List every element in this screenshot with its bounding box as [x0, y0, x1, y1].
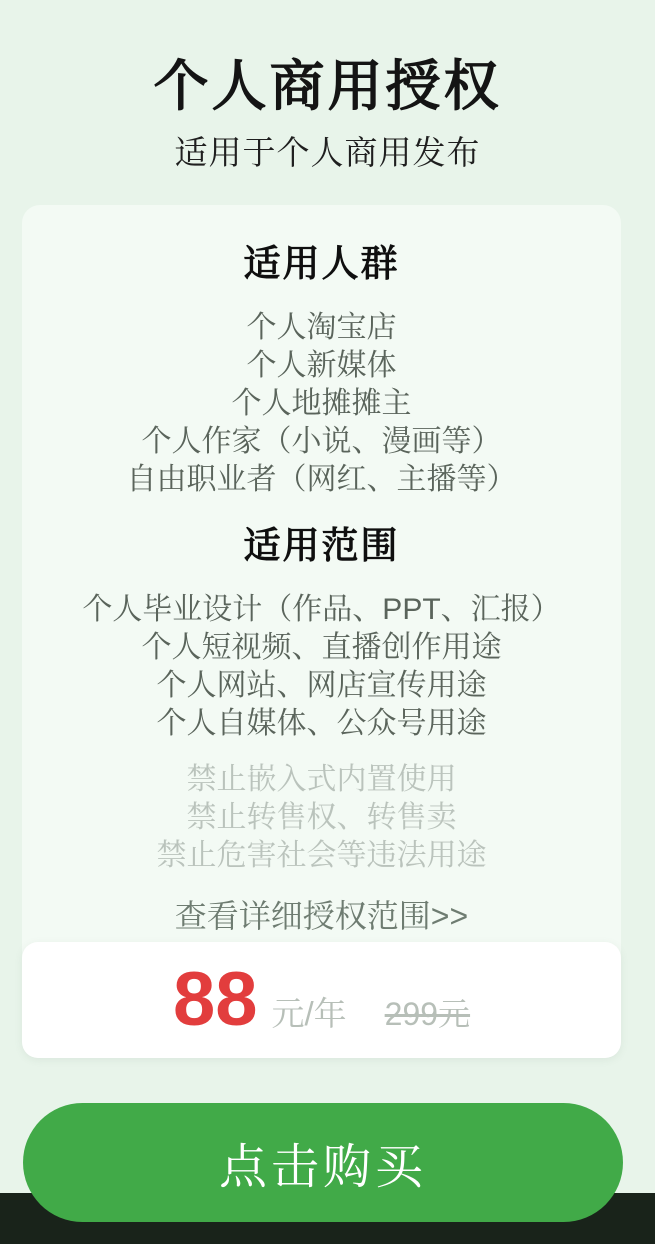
- section-heading-scope: 适用范围: [22, 515, 621, 569]
- list-item: 个人作家（小说、漫画等）: [22, 423, 621, 461]
- price-bar: 88 元/年 299元: [22, 942, 621, 1058]
- license-page: 个人商用授权 适用于个人商用发布 适用人群 个人淘宝店 个人新媒体 个人地摊摊主…: [0, 0, 655, 1244]
- list-item: 个人毕业设计（作品、PPT、汇报）: [22, 591, 621, 629]
- page-subtitle: 适用于个人商用发布: [0, 127, 655, 174]
- list-item: 个人新媒体: [22, 347, 621, 385]
- restriction-item: 禁止嵌入式内置使用: [22, 761, 621, 799]
- price-unit: 元/年: [271, 988, 346, 1035]
- list-item: 个人网站、网店宣传用途: [22, 667, 621, 705]
- price-original-strikethrough: 299元: [385, 989, 470, 1035]
- restriction-list: 禁止嵌入式内置使用 禁止转售权、转售卖 禁止危害社会等违法用途: [22, 761, 621, 875]
- list-item: 自由职业者（网红、主播等）: [22, 461, 621, 499]
- list-item: 个人淘宝店: [22, 309, 621, 347]
- license-detail-link[interactable]: 查看详细授权范围>>: [175, 891, 468, 937]
- restriction-item: 禁止转售权、转售卖: [22, 799, 621, 837]
- audience-list: 个人淘宝店 个人新媒体 个人地摊摊主 个人作家（小说、漫画等） 自由职业者（网红…: [22, 309, 621, 499]
- section-heading-audience: 适用人群: [22, 233, 621, 287]
- page-title: 个人商用授权: [0, 42, 655, 121]
- list-item: 个人短视频、直播创作用途: [22, 629, 621, 667]
- scope-list: 个人毕业设计（作品、PPT、汇报） 个人短视频、直播创作用途 个人网站、网店宣传…: [22, 591, 621, 743]
- restriction-item: 禁止危害社会等违法用途: [22, 837, 621, 875]
- price-amount: 88: [173, 942, 258, 1058]
- list-item: 个人自媒体、公众号用途: [22, 705, 621, 743]
- list-item: 个人地摊摊主: [22, 385, 621, 423]
- license-card: 适用人群 个人淘宝店 个人新媒体 个人地摊摊主 个人作家（小说、漫画等） 自由职…: [22, 205, 621, 1058]
- buy-button[interactable]: 点击购买: [23, 1103, 623, 1222]
